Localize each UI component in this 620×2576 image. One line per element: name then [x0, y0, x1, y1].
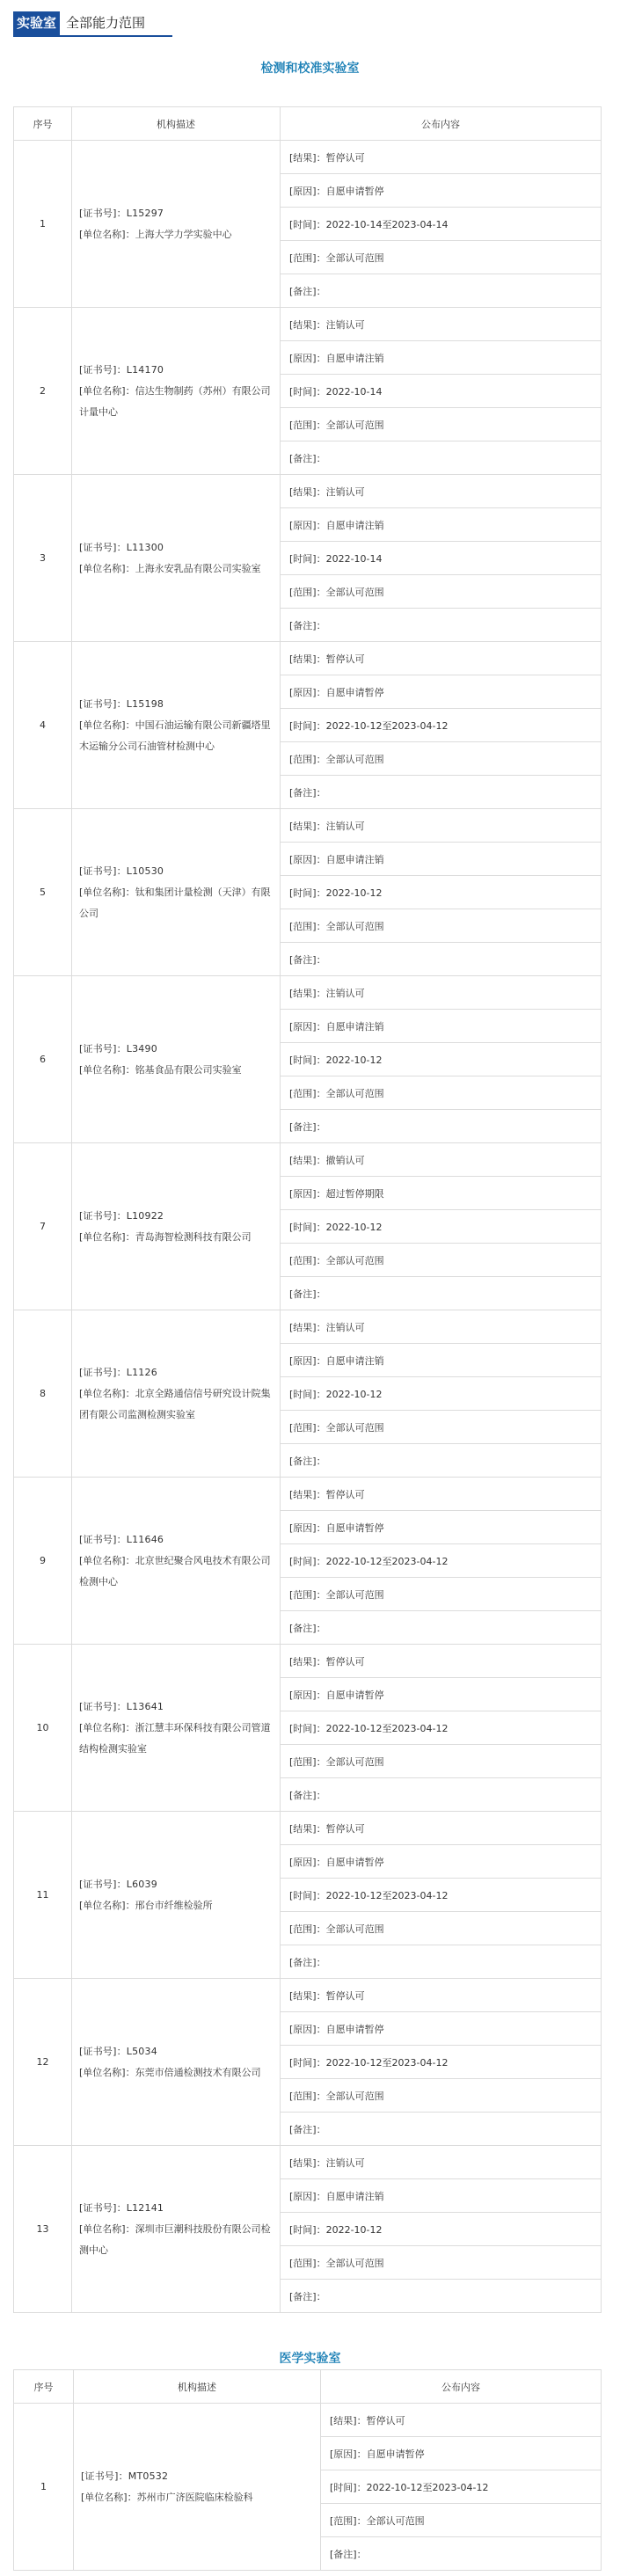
- detail-result: [结果]：暂停认可: [281, 1812, 602, 1845]
- detail-result: [结果]：暂停认可: [281, 1645, 602, 1678]
- detail-time: [时间]：2022-10-14至2023-04-14: [281, 208, 602, 241]
- table-row: 9[证书号]：L11646[单位名称]：北京世纪聚合风电技术有限公司检测中心[结…: [14, 1478, 602, 1511]
- detail-result: [结果]：注销认可: [281, 2146, 602, 2179]
- institution-description: [证书号]：L15198[单位名称]：中国石油运输有限公司新疆塔里木运输分公司石…: [72, 642, 281, 809]
- detail-reason: [原因]：自愿申请暂停: [281, 174, 602, 208]
- institution-name: [单位名称]：邢台市纤维检验所: [79, 1895, 273, 1916]
- detail-note: [备注]：: [281, 943, 602, 976]
- institution-description: [证书号]：L10922[单位名称]：青岛海智检测科技有限公司: [72, 1143, 281, 1310]
- detail-note: [备注]：: [321, 2537, 602, 2571]
- detail-scope: [范围]：全部认可范围: [281, 408, 602, 441]
- detail-time: [时间]：2022-10-12至2023-04-12: [281, 1544, 602, 1578]
- certificate-number: [证书号]：MT0532: [81, 2466, 313, 2487]
- column-header-content: 公布内容: [281, 107, 602, 141]
- certificate-number: [证书号]：L10922: [79, 1206, 273, 1227]
- detail-result: [结果]：注销认可: [281, 976, 602, 1010]
- detail-time: [时间]：2022-10-12至2023-04-12: [281, 1711, 602, 1745]
- detail-time: [时间]：2022-10-12至2023-04-12: [321, 2470, 602, 2504]
- table-row: 3[证书号]：L11300[单位名称]：上海永安乳品有限公司实验室[结果]：注销…: [14, 475, 602, 508]
- row-index: 11: [14, 1812, 72, 1979]
- detail-note: [备注]：: [281, 1778, 602, 1812]
- table-row: 8[证书号]：L1126[单位名称]：北京全路通信信号研究设计院集团有限公司监测…: [14, 1310, 602, 1344]
- institution-description: [证书号]：L1126[单位名称]：北京全路通信信号研究设计院集团有限公司监测检…: [72, 1310, 281, 1478]
- row-index: 9: [14, 1478, 72, 1645]
- detail-scope: [范围]：全部认可范围: [281, 1076, 602, 1110]
- institution-name: [单位名称]：苏州市广济医院临床检验科: [81, 2487, 313, 2508]
- certificate-number: [证书号]：L11300: [79, 537, 273, 558]
- table-row: 1[证书号]：MT0532[单位名称]：苏州市广济医院临床检验科[结果]：暂停认…: [14, 2404, 602, 2437]
- row-index: 1: [14, 141, 72, 308]
- institution-name: [单位名称]：上海永安乳品有限公司实验室: [79, 558, 273, 580]
- certificate-number: [证书号]：L10530: [79, 861, 273, 882]
- detail-scope: [范围]：全部认可范围: [321, 2504, 602, 2537]
- table-row: 7[证书号]：L10922[单位名称]：青岛海智检测科技有限公司[结果]：撤销认…: [14, 1143, 602, 1177]
- detail-scope: [范围]：全部认可范围: [281, 2246, 602, 2280]
- column-header-index: 序号: [14, 2370, 74, 2404]
- detail-reason: [原因]：自愿申请暂停: [281, 675, 602, 709]
- row-index: 5: [14, 809, 72, 976]
- table-header-row: 序号 机构描述 公布内容: [14, 107, 602, 141]
- detail-result: [结果]：注销认可: [281, 475, 602, 508]
- institution-name: [单位名称]：浙江慧丰环保科技有限公司管道结构检测实验室: [79, 1718, 273, 1760]
- institution-description: [证书号]：L6039[单位名称]：邢台市纤维检验所: [72, 1812, 281, 1979]
- institution-name: [单位名称]：中国石油运输有限公司新疆塔里木运输分公司石油管材检测中心: [79, 715, 273, 757]
- institution-description: [证书号]：MT0532[单位名称]：苏州市广济医院临床检验科: [74, 2404, 321, 2571]
- institution-name: [单位名称]：信达生物制药（苏州）有限公司计量中心: [79, 381, 273, 423]
- institution-name: [单位名称]：铭基食品有限公司实验室: [79, 1060, 273, 1081]
- institution-description: [证书号]：L5034[单位名称]：东莞市倍通检测技术有限公司: [72, 1979, 281, 2146]
- institution-description: [证书号]：L11300[单位名称]：上海永安乳品有限公司实验室: [72, 475, 281, 642]
- institution-description: [证书号]：L12141[单位名称]：深圳市巨潮科技股份有限公司检测中心: [72, 2146, 281, 2313]
- detail-reason: [原因]：自愿申请暂停: [281, 1845, 602, 1879]
- detail-time: [时间]：2022-10-12: [281, 1043, 602, 1076]
- page-header: 实验室 全部能力范围: [13, 11, 172, 37]
- detail-time: [时间]：2022-10-14: [281, 375, 602, 408]
- row-index: 12: [14, 1979, 72, 2146]
- row-index: 2: [14, 308, 72, 475]
- section-title-testing-calibration: 检测和校准实验室: [0, 60, 620, 77]
- institution-name: [单位名称]：东莞市倍通检测技术有限公司: [79, 2062, 273, 2083]
- page-title: 全部能力范围: [60, 11, 145, 35]
- institution-name: [单位名称]：青岛海智检测科技有限公司: [79, 1227, 273, 1248]
- detail-scope: [范围]：全部认可范围: [281, 1745, 602, 1778]
- detail-result: [结果]：注销认可: [281, 1310, 602, 1344]
- detail-note: [备注]：: [281, 1277, 602, 1310]
- row-index: 4: [14, 642, 72, 809]
- detail-note: [备注]：: [281, 441, 602, 475]
- certificate-number: [证书号]：L3490: [79, 1039, 273, 1060]
- institution-name: [单位名称]：北京全路通信信号研究设计院集团有限公司监测检测实验室: [79, 1383, 273, 1426]
- institution-description: [证书号]：L10530[单位名称]：钛和集团计量检测（天津）有限公司: [72, 809, 281, 976]
- detail-note: [备注]：: [281, 2280, 602, 2313]
- institution-name: [单位名称]：深圳市巨潮科技股份有限公司检测中心: [79, 2219, 273, 2261]
- institution-description: [证书号]：L11646[单位名称]：北京世纪聚合风电技术有限公司检测中心: [72, 1478, 281, 1645]
- table-header-row: 序号 机构描述 公布内容: [14, 2370, 602, 2404]
- column-header-index: 序号: [14, 107, 72, 141]
- detail-scope: [范围]：全部认可范围: [281, 1244, 602, 1277]
- row-index: 13: [14, 2146, 72, 2313]
- column-header-content: 公布内容: [321, 2370, 602, 2404]
- detail-time: [时间]：2022-10-12至2023-04-12: [281, 1879, 602, 1912]
- column-header-description: 机构描述: [74, 2370, 321, 2404]
- medical-lab-table: 序号 机构描述 公布内容 1[证书号]：MT0532[单位名称]：苏州市广济医院…: [13, 2369, 602, 2571]
- detail-result: [结果]：暂停认可: [281, 141, 602, 174]
- detail-reason: [原因]：自愿申请注销: [281, 1010, 602, 1043]
- detail-scope: [范围]：全部认可范围: [281, 1411, 602, 1444]
- detail-reason: [原因]：自愿申请注销: [281, 508, 602, 542]
- institution-description: [证书号]：L14170[单位名称]：信达生物制药（苏州）有限公司计量中心: [72, 308, 281, 475]
- detail-result: [结果]：撤销认可: [281, 1143, 602, 1177]
- header-badge: 实验室: [13, 11, 60, 35]
- institution-description: [证书号]：L3490[单位名称]：铭基食品有限公司实验室: [72, 976, 281, 1143]
- detail-note: [备注]：: [281, 274, 602, 308]
- column-header-description: 机构描述: [72, 107, 281, 141]
- detail-reason: [原因]：自愿申请暂停: [281, 1511, 602, 1544]
- detail-result: [结果]：注销认可: [281, 809, 602, 843]
- detail-scope: [范围]：全部认可范围: [281, 742, 602, 776]
- detail-scope: [范围]：全部认可范围: [281, 1578, 602, 1611]
- section-title-medical: 医学实验室: [0, 2350, 620, 2368]
- detail-note: [备注]：: [281, 1110, 602, 1143]
- row-index: 7: [14, 1143, 72, 1310]
- detail-time: [时间]：2022-10-12: [281, 1210, 602, 1244]
- detail-time: [时间]：2022-10-12: [281, 2213, 602, 2246]
- institution-description: [证书号]：L15297[单位名称]：上海大学力学实验中心: [72, 141, 281, 308]
- detail-time: [时间]：2022-10-12: [281, 876, 602, 909]
- detail-scope: [范围]：全部认可范围: [281, 909, 602, 943]
- detail-note: [备注]：: [281, 609, 602, 642]
- detail-reason: [原因]：超过暂停期限: [281, 1177, 602, 1210]
- detail-reason: [原因]：自愿申请注销: [281, 341, 602, 375]
- table-row: 4[证书号]：L15198[单位名称]：中国石油运输有限公司新疆塔里木运输分公司…: [14, 642, 602, 675]
- detail-reason: [原因]：自愿申请暂停: [281, 1678, 602, 1711]
- table-row: 6[证书号]：L3490[单位名称]：铭基食品有限公司实验室[结果]：注销认可: [14, 976, 602, 1010]
- detail-reason: [原因]：自愿申请注销: [281, 2179, 602, 2213]
- detail-time: [时间]：2022-10-12至2023-04-12: [281, 709, 602, 742]
- detail-note: [备注]：: [281, 2113, 602, 2146]
- detail-note: [备注]：: [281, 1444, 602, 1478]
- detail-time: [时间]：2022-10-12至2023-04-12: [281, 2046, 602, 2079]
- row-index: 3: [14, 475, 72, 642]
- detail-scope: [范围]：全部认可范围: [281, 575, 602, 609]
- certificate-number: [证书号]：L6039: [79, 1874, 273, 1895]
- detail-scope: [范围]：全部认可范围: [281, 2079, 602, 2113]
- detail-reason: [原因]：自愿申请暂停: [281, 2012, 602, 2046]
- row-index: 8: [14, 1310, 72, 1478]
- certificate-number: [证书号]：L15198: [79, 694, 273, 715]
- institution-name: [单位名称]：钛和集团计量检测（天津）有限公司: [79, 882, 273, 924]
- detail-time: [时间]：2022-10-14: [281, 542, 602, 575]
- detail-scope: [范围]：全部认可范围: [281, 1912, 602, 1945]
- institution-name: [单位名称]：北京世纪聚合风电技术有限公司检测中心: [79, 1551, 273, 1593]
- institution-description: [证书号]：L13641[单位名称]：浙江慧丰环保科技有限公司管道结构检测实验室: [72, 1645, 281, 1812]
- detail-result: [结果]：暂停认可: [281, 642, 602, 675]
- table-row: 5[证书号]：L10530[单位名称]：钛和集团计量检测（天津）有限公司[结果]…: [14, 809, 602, 843]
- detail-note: [备注]：: [281, 1611, 602, 1645]
- certificate-number: [证书号]：L11646: [79, 1529, 273, 1551]
- detail-scope: [范围]：全部认可范围: [281, 241, 602, 274]
- detail-result: [结果]：暂停认可: [281, 1478, 602, 1511]
- detail-reason: [原因]：自愿申请注销: [281, 1344, 602, 1377]
- table-row: 12[证书号]：L5034[单位名称]：东莞市倍通检测技术有限公司[结果]：暂停…: [14, 1979, 602, 2012]
- table-row: 13[证书号]：L12141[单位名称]：深圳市巨潮科技股份有限公司检测中心[结…: [14, 2146, 602, 2179]
- detail-reason: [原因]：自愿申请注销: [281, 843, 602, 876]
- certificate-number: [证书号]：L1126: [79, 1362, 273, 1383]
- detail-result: [结果]：注销认可: [281, 308, 602, 341]
- testing-calibration-table: 序号 机构描述 公布内容 1[证书号]：L15297[单位名称]：上海大学力学实…: [13, 106, 602, 2313]
- certificate-number: [证书号]：L13641: [79, 1697, 273, 1718]
- detail-note: [备注]：: [281, 1945, 602, 1979]
- detail-result: [结果]：暂停认可: [281, 1979, 602, 2012]
- certificate-number: [证书号]：L14170: [79, 360, 273, 381]
- row-index: 10: [14, 1645, 72, 1812]
- certificate-number: [证书号]：L12141: [79, 2198, 273, 2219]
- detail-time: [时间]：2022-10-12: [281, 1377, 602, 1411]
- certificate-number: [证书号]：L5034: [79, 2041, 273, 2062]
- row-index: 1: [14, 2404, 74, 2571]
- table-row: 11[证书号]：L6039[单位名称]：邢台市纤维检验所[结果]：暂停认可: [14, 1812, 602, 1845]
- detail-result: [结果]：暂停认可: [321, 2404, 602, 2437]
- institution-name: [单位名称]：上海大学力学实验中心: [79, 224, 273, 245]
- table-row: 10[证书号]：L13641[单位名称]：浙江慧丰环保科技有限公司管道结构检测实…: [14, 1645, 602, 1678]
- certificate-number: [证书号]：L15297: [79, 203, 273, 224]
- detail-reason: [原因]：自愿申请暂停: [321, 2437, 602, 2470]
- detail-note: [备注]：: [281, 776, 602, 809]
- row-index: 6: [14, 976, 72, 1143]
- table-row: 1[证书号]：L15297[单位名称]：上海大学力学实验中心[结果]：暂停认可: [14, 141, 602, 174]
- table-row: 2[证书号]：L14170[单位名称]：信达生物制药（苏州）有限公司计量中心[结…: [14, 308, 602, 341]
